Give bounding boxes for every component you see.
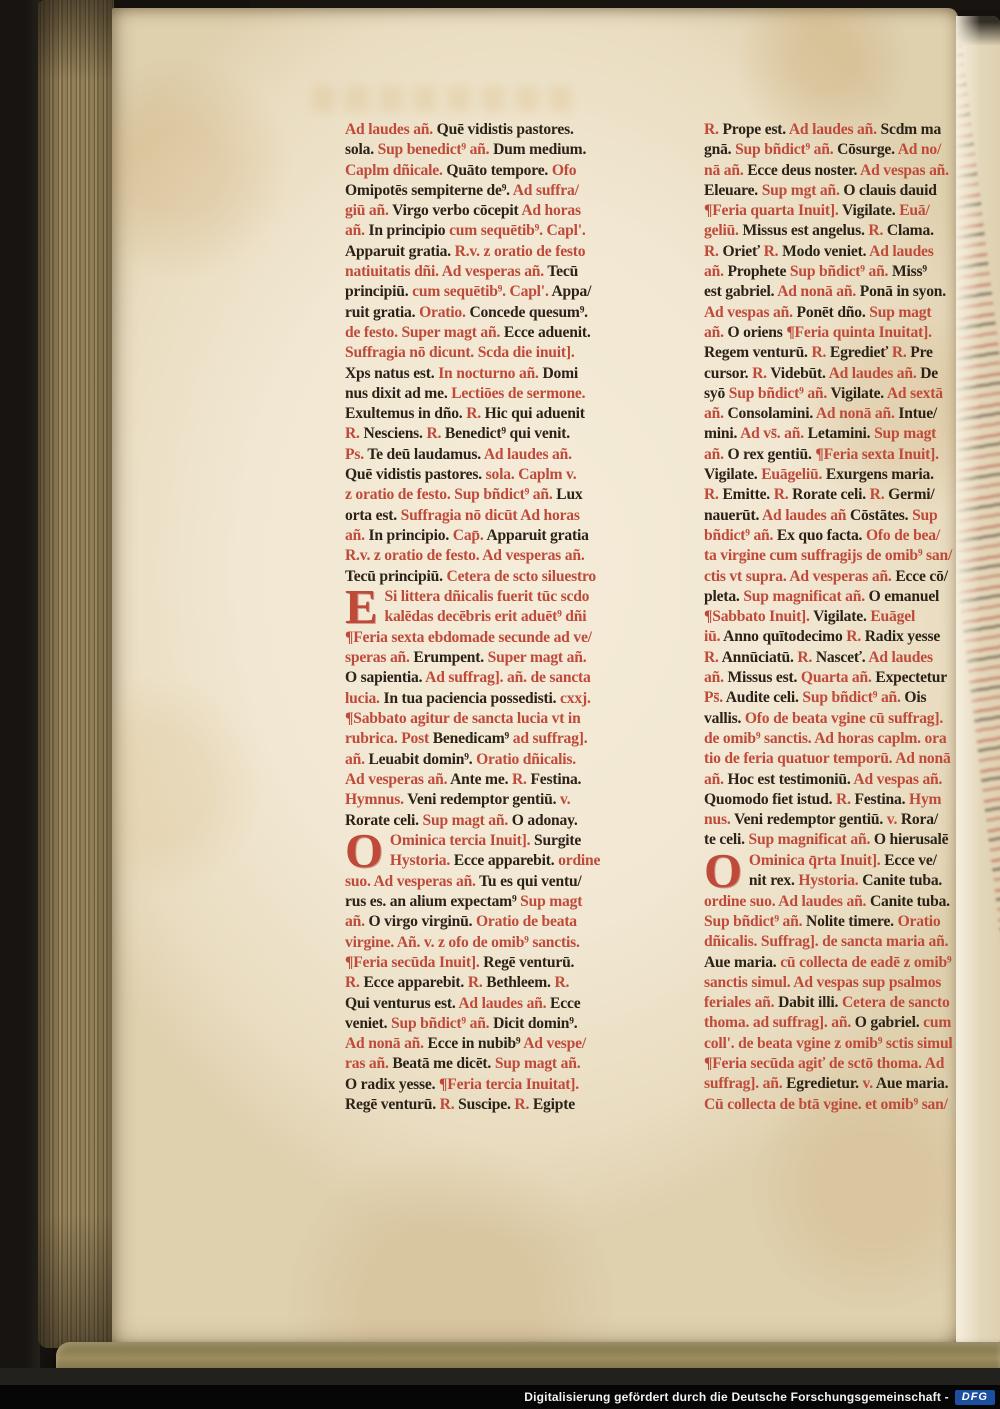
text-line: R.v. z oratio de festo. Ad vesperas añ. (345, 546, 681, 566)
rubric-text: Sup bñdict⁹ añ. (704, 913, 806, 930)
rubric-text: añ. (345, 913, 368, 930)
rubric-text: Sup bñdict⁹ añ. (802, 689, 904, 706)
rubric-text: natiuitatis dñi. Ad vesperas añ. (345, 263, 547, 280)
body-text: Ecce aduenit. (504, 324, 591, 341)
text-line: kalēdas decēbris erit aduēt⁹ dñi (345, 607, 681, 627)
body-text: Audite celi. (726, 689, 803, 706)
rubric-text: Ad vespas añ. (853, 771, 942, 788)
text-line: orta est. Suffragia nō dicūt Ad horas (345, 506, 681, 526)
text-line: principiū. cum sequētib⁹. Capl'. Appa/ (345, 282, 681, 302)
body-text: Canite tuba. (862, 872, 942, 889)
body-text: Rorate celi. (792, 486, 870, 503)
text-line: Ps. Te deū laudamus. Ad laudes añ. (345, 445, 681, 465)
rubric-text: speras añ. (345, 649, 413, 666)
rubric-text: Ad vesperas añ. (345, 771, 450, 788)
text-column-left: Ad laudes añ. Quē vidistis pastores.sola… (345, 120, 681, 1115)
rubric-text: Cetera de sancto (842, 994, 950, 1011)
body-text: Cōstātes. (850, 507, 912, 524)
text-line: ¶Feria secūda Inuit]. Regē venturū. (345, 953, 681, 973)
rubric-text: Suffragia nō dicunt. Scda die inuit]. (345, 344, 575, 361)
rubric-text: R. (466, 405, 484, 422)
rubric-text: añ. (704, 771, 727, 788)
body-text: Hoc est testimoniū. (727, 771, 853, 788)
text-line: giū añ. Virgo verbo cōcepit Ad horas (345, 201, 681, 221)
text-line: Ad vesperas añ. Ante me. R. Festina. (345, 770, 681, 790)
body-text: Vigilate. (813, 608, 870, 625)
rubric-text: R. (512, 771, 530, 788)
body-text: Nasceť. (816, 649, 868, 666)
body-text: cursor. (704, 365, 752, 382)
book-scan: Ad laudes añ. Quē vidistis pastores.sola… (0, 0, 1000, 1409)
body-text: Veni redemptor gentiū. (407, 791, 560, 808)
body-text: O clauis dauid (843, 182, 936, 199)
body-text: Exurgens maria. (826, 466, 934, 483)
text-line: añ. O virgo virginū. Oratio de beata (345, 912, 681, 932)
text-line: ruit gratia. Oratio. Concede quesum⁹. (345, 303, 681, 323)
body-text: O emanuel (869, 588, 940, 605)
body-text: Ex quo facta. (777, 527, 866, 544)
rubric-text: Ad vespas añ. (860, 162, 949, 179)
rubric-text: Oratio de beata (476, 913, 577, 930)
rubric-text: Ad nonā añ. (777, 283, 860, 300)
body-text: Ante me. (450, 771, 512, 788)
rubric-text: Ad laudes añ. (345, 121, 437, 138)
body-text: O adonay. (512, 812, 578, 829)
body-text: pleta. (704, 588, 743, 605)
body-text: Ponēt dño. (797, 304, 870, 321)
text-line: Ominica tercia Inuit]. Surgite (345, 831, 681, 851)
rubric-text: añ. (704, 446, 727, 463)
text-line: R. Nesciens. R. Benedict⁹ qui venit. (345, 424, 681, 444)
rubric-text: v. (560, 791, 570, 808)
body-text: Canite tuba. (870, 893, 950, 910)
rubric-text: Cap̄. (453, 527, 487, 544)
body-text: Quē vidistis pastores. (437, 121, 574, 138)
body-text: Pre (910, 344, 933, 361)
rubric-text: Ad vespas añ. (704, 304, 797, 321)
text-line: Ad nonā añ. Ecce in nubib⁹ Ad vespe/ (345, 1034, 681, 1054)
text-block: ¶Feria sexta ebdomade secunde ad ve/sper… (345, 628, 681, 831)
text-block: Ad laudes añ. Quē vidistis pastores.sola… (345, 120, 681, 587)
body-text: O radix yesse. (345, 1076, 439, 1093)
digitization-credit-text: Digitalisierung gefördert durch die Deut… (524, 1390, 949, 1404)
rubric-text: v. (887, 811, 901, 828)
rubric-text: ctis vt supra. Ad vesperas añ. (704, 568, 895, 585)
text-line: Xps natus est. In nocturno añ. Domi (345, 364, 681, 384)
rubric-text: R. (811, 344, 829, 361)
rubric-text: Sup bñdict⁹ añ. (391, 1015, 493, 1032)
text-line: Suffragia nō dicunt. Scda die inuit]. (345, 343, 681, 363)
rubric-text: ta virgine cum suffragijs de omib⁹ san/ (704, 547, 952, 564)
rubric-text: ¶Feria sexta Inuit]. (815, 446, 939, 463)
rubric-text: ¶Feria secūda Inuit]. (345, 954, 483, 971)
rubric-text: cum sequētib⁹. Capl'. (412, 283, 551, 300)
text-block: ESi littera dñicalis fuerit tūc scdokalē… (345, 587, 681, 628)
text-line: natiuitatis dñi. Ad vesperas añ. Tecū (345, 262, 681, 282)
body-text: Egipte (533, 1096, 575, 1113)
rubric-text: giū añ. (345, 202, 392, 219)
rubric-text: Lectiōes de sermone. (451, 385, 585, 402)
body-text: Modo veniet. (782, 243, 869, 260)
manuscript-page: Ad laudes añ. Quē vidistis pastores.sola… (112, 8, 958, 1348)
rubric-text: Ad laudes añ. (829, 365, 921, 382)
rubric-text: Ad vs̄. añ. (740, 425, 808, 442)
rubric-text: cum sequētib⁹. Capl'. (449, 222, 586, 239)
body-text: nit rex. (749, 872, 798, 889)
rubric-text: Ofo de beata vgine cū suffrag]. (745, 710, 943, 727)
body-text: nauerūt. (704, 507, 762, 524)
body-text: veniet. (345, 1015, 391, 1032)
rubric-text: Sup magt (874, 425, 936, 442)
body-text: Missus est angelus. (742, 222, 868, 239)
rubric-text: R. (514, 1096, 532, 1113)
body-text: Regem venturū. (704, 344, 811, 361)
rubric-text: sola. Caplm v. (486, 466, 577, 483)
text-line: añ. Leuabit domin⁹. Oratio dñicalis. (345, 750, 681, 770)
body-text: nus dixit ad me. (345, 385, 451, 402)
rubric-text: R. (554, 974, 569, 991)
body-text: Ponā in syon. (860, 283, 946, 300)
body-text: Aue maria. (704, 954, 780, 971)
body-text: Eleuare. (704, 182, 762, 199)
rubric-text: nā añ. (704, 162, 747, 179)
text-line: virgine. Añ. v. z ofo de omib⁹ sanctis. (345, 933, 681, 953)
rubric-text: de festo. Super magt añ. (345, 324, 504, 341)
text-line: nus dixit ad me. Lectiōes de sermone. (345, 384, 681, 404)
rubric-text: cū collecta de eadē z omib⁹ (780, 954, 951, 971)
rubric-text: Ad suffra/ (513, 182, 579, 199)
rubric-text: Ps̄. (704, 689, 726, 706)
rubric-text: R. (345, 425, 363, 442)
rubric-text: de omib⁹ sanctis. Ad horas caplm. ora (704, 730, 946, 747)
body-text: Apparuit gratia. (345, 243, 455, 260)
rubric-text: ordine suo. Ad laudes añ. (704, 893, 870, 910)
rubric-text: añ. (345, 751, 368, 768)
rubric-text: R. (704, 243, 722, 260)
rubric-text: R.v. z oratio de festo. Ad vesperas añ. (345, 547, 585, 564)
rubric-text: Ad horas (521, 202, 581, 219)
rubric-text: R. (345, 974, 363, 991)
rubric-text: R. (797, 649, 815, 666)
text-line: R. Ecce apparebit. R. Bethleem. R. (345, 973, 681, 993)
body-text: Nesciens. (363, 425, 426, 442)
rubric-text: Sup magt añ. (423, 812, 512, 829)
rubric-text: Ad laudes (868, 649, 933, 666)
rubric-text: R. (426, 425, 444, 442)
body-text: Cōsurge. (837, 141, 898, 158)
rubric-text: ¶Feria secūda agiť de sctō thoma. Ad (704, 1055, 944, 1072)
text-line: Rorate celi. Sup magt añ. O adonay. (345, 811, 681, 831)
body-text: est gabriel. (704, 283, 777, 300)
body-text: Ecce apparebit. (363, 974, 467, 991)
body-text: Exultemus in dño. (345, 405, 466, 422)
body-text: sola. (345, 141, 378, 158)
rubric-text: Hystoria. (798, 872, 862, 889)
body-text: Missus est. (727, 669, 800, 686)
rubric-text: R. (704, 486, 722, 503)
text-line: suo. Ad vesperas añ. Tu es qui ventu/ (345, 872, 681, 892)
rubric-text: Ofo (552, 162, 577, 179)
body-text: Letamini. (808, 425, 874, 442)
body-text: Hic qui aduenit (485, 405, 585, 422)
body-text: Egredieť (830, 344, 892, 361)
rubric-text: ad suffrag]. (513, 730, 588, 747)
rubric-text: ¶Sabbato agitur de sancta lucia vt in (345, 710, 581, 727)
rubric-text: añ. (704, 405, 727, 422)
body-text: O oriens (727, 324, 786, 341)
body-text: Festina. (855, 791, 910, 808)
text-line: Quē vidistis pastores. sola. Caplm v. (345, 465, 681, 485)
text-line: Omipotēs sempiterne de⁹. Ad suffra/ (345, 181, 681, 201)
body-text: De (920, 365, 938, 382)
rubric-text: Ad no/ (898, 141, 941, 158)
rubric-text: Ominica tercia Inuit]. (390, 832, 534, 849)
digitization-caption-bar: Digitalisierung gefördert durch die Deut… (0, 1385, 1000, 1409)
rubric-text: Sup magnificat añ. (743, 588, 868, 605)
body-text: Rorate celi. (345, 812, 423, 829)
rubric-text: bñdict⁹ añ. (704, 527, 777, 544)
body-text: Veni redemptor gentiū. (734, 811, 887, 828)
body-text: Consolamini. (727, 405, 815, 422)
body-text: Orieť (722, 243, 763, 260)
body-text: syō (704, 385, 729, 402)
text-line: Caplm dñicale. Quāto tempore. Ofo (345, 161, 681, 181)
rubric-text: ¶Feria quinta Inuitat]. (786, 324, 931, 341)
rubric-text: coll'. de beata vgine z omib⁹ sctis simu… (704, 1035, 953, 1052)
rubric-text: añ. (704, 263, 727, 280)
rubric-text: Hym (909, 791, 941, 808)
rubric-text: v. (863, 1075, 876, 1092)
rubric-text: Oratio. (419, 304, 469, 321)
body-text: Anno quītodecimo (723, 628, 846, 645)
rubric-text: ¶Feria quarta Inuit]. (704, 202, 842, 219)
body-text: Qui venturus est. (345, 995, 458, 1012)
rubric-text: nus. (704, 811, 734, 828)
body-text: Ecce in nubib⁹ (428, 1035, 524, 1052)
rubric-text: Hystoria. (390, 852, 454, 869)
body-text: Radix yesse (865, 628, 940, 645)
drop-cap-initial: O (704, 852, 742, 892)
text-line: Hymnus. Veni redemptor gentiū. v. (345, 790, 681, 810)
rubric-text: dñicalis. Suffrag]. de sancta maria añ. (704, 933, 948, 950)
body-text: Te deū laudamus. (367, 446, 484, 463)
text-line: Si littera dñicalis fuerit tūc scdo (345, 587, 681, 607)
rubric-text: Oratio (898, 913, 941, 930)
rubric-text: R. (868, 222, 886, 239)
rubric-text: Ad vespe/ (523, 1035, 586, 1052)
rubric-text: Ad laudes (869, 243, 934, 260)
body-text: Dum medium. (493, 141, 586, 158)
body-text: orta est. (345, 507, 401, 524)
rubric-text: añ. (345, 527, 368, 544)
body-text: O sapientia. (345, 669, 425, 686)
rubric-text: R. (836, 791, 854, 808)
body-text: Intue/ (898, 405, 937, 422)
rubric-text: Super magt añ. (488, 649, 587, 666)
drop-cap-initial: E (345, 588, 377, 628)
body-text: Quomodo fiet istud. (704, 791, 836, 808)
body-text: te celi. (704, 831, 749, 848)
body-text: Dabit illi. (778, 994, 842, 1011)
body-text: Benedicam⁹ (433, 730, 513, 747)
rubric-text: suffrag]. añ. (704, 1075, 786, 1092)
body-text: Expectetur (875, 669, 947, 686)
rubric-text: In nocturno añ. (438, 365, 542, 382)
rubric-text: añ. (345, 222, 368, 239)
body-text: Ois (904, 689, 926, 706)
body-text: In principio (368, 222, 449, 239)
text-line: ras añ. Beatā me dicēt. Sup magt añ. (345, 1054, 681, 1074)
rubric-text: ordine (558, 852, 600, 869)
rubric-text: kalēdas decēbris erit aduēt⁹ dñi (384, 608, 586, 625)
text-line: rubrica. Post Benedicam⁹ ad suffrag]. (345, 729, 681, 749)
body-text: Bethleem. (486, 974, 554, 991)
rubric-text: Si littera dñicalis fuerit tūc scdo (384, 588, 589, 605)
rubric-text: Quarta añ. (801, 669, 875, 686)
body-text: Rora/ (901, 811, 938, 828)
body-text: mini. (704, 425, 740, 442)
rubric-text: Sup bñdict⁹ añ. (729, 385, 831, 402)
text-line: ¶Sabbato agitur de sancta lucia vt in (345, 709, 681, 729)
body-text: Egredietur. (786, 1075, 862, 1092)
body-text: Dicit domin⁹. (493, 1015, 577, 1032)
rubric-text: virgine. Añ. v. z ofo de omib⁹ sanctis. (345, 934, 580, 951)
body-text: Vigilate. (704, 466, 761, 483)
text-block: OOminica tercia Inuit]. SurgiteHystoria.… (345, 831, 681, 872)
body-text: Annūciatū. (722, 649, 798, 666)
rubric-text: R. (774, 486, 792, 503)
body-text: In principio. (368, 527, 452, 544)
text-line: sola. Sup benedict⁹ añ. Dum medium. (345, 140, 681, 160)
body-text: vallis. (704, 710, 745, 727)
body-text: O rex gentiū. (727, 446, 815, 463)
text-line: Qui venturus est. Ad laudes añ. Ecce (345, 994, 681, 1014)
text-line: O sapientia. Ad suffrag]. añ. de sancta (345, 668, 681, 688)
rubric-text: añ. (704, 324, 727, 341)
body-text: Tu es qui ventu/ (479, 873, 581, 890)
body-text: Ecce cō/ (895, 568, 948, 585)
rubric-text: iū. (704, 628, 723, 645)
text-line: O radix yesse. ¶Feria tercia Inuitat]. (345, 1075, 681, 1095)
body-text: Lux (556, 486, 582, 503)
rubric-text: Caplm dñicale. (345, 162, 446, 179)
rubric-text: R.v. z oratio de festo (455, 243, 586, 260)
body-text: gnā. (704, 141, 735, 158)
text-line: Tecū principiū. Cetera de scto siluestro (345, 567, 681, 587)
rubric-text: Sup magt añ. (495, 1055, 581, 1072)
body-text: Festina. (530, 771, 581, 788)
text-line: lucia. In tua paciencia possedisti. cxxj… (345, 689, 681, 709)
rubric-text: R. (892, 344, 910, 361)
rubric-text: geliū. (704, 222, 742, 239)
body-text: Virgo verbo cōcepit (392, 202, 521, 219)
rubric-text: ¶Sabbato Inuit]. (704, 608, 813, 625)
body-text: O hierusalē (874, 831, 948, 848)
rubric-text: Euā/ (899, 202, 929, 219)
rubric-text: Oratio dñicalis. (476, 751, 576, 768)
rubric-text: Sup magt (869, 304, 931, 321)
body-text: Ecce (550, 995, 580, 1012)
rubric-text: ras añ. (345, 1055, 392, 1072)
body-text: Regē venturū. (483, 954, 574, 971)
body-text: Benedict⁹ qui venit. (445, 425, 570, 442)
body-text: Regē venturū. (345, 1096, 440, 1113)
rubric-text: Ps. (345, 446, 367, 463)
body-text: Aue maria. (876, 1075, 949, 1092)
rubric-text: Sup bñdict⁹ añ. (790, 263, 892, 280)
text-line: Ad laudes añ. Quē vidistis pastores. (345, 120, 681, 140)
rubric-text: R. (704, 121, 722, 138)
text-line: veniet. Sup bñdict⁹ añ. Dicit domin⁹. (345, 1014, 681, 1034)
left-leaf-stack-edge (38, 0, 114, 1348)
body-text: Leuabit domin⁹. (368, 751, 476, 768)
body-text: Miss⁹ (892, 263, 927, 280)
text-line: speras añ. Erumpent. Super magt añ. (345, 648, 681, 668)
rubric-text: R. (468, 974, 486, 991)
text-line: Hystoria. Ecce apparebit. ordine (345, 851, 681, 871)
drop-cap-initial: O (345, 832, 383, 872)
rubric-text: R. (846, 628, 864, 645)
body-text: Emitte. (722, 486, 773, 503)
rubric-text: thoma. ad suffrag]. añ. (704, 1014, 855, 1031)
rubric-text: Sup benedict⁹ añ. (378, 141, 493, 158)
body-text: In tua paciencia possedisti. (383, 690, 560, 707)
rubric-text: Euāgeliū. (761, 466, 826, 483)
text-line: rus es. an alium expectam⁹ Sup magt (345, 892, 681, 912)
body-text: Quē vidistis pastores. (345, 466, 486, 483)
rubric-text: Sup magnificat añ. (749, 831, 874, 848)
rubric-text: R. (752, 365, 770, 382)
rubric-text: Sup mgt añ. (762, 182, 844, 199)
text-line: de festo. Super magt añ. Ecce aduenit. (345, 323, 681, 343)
rubric-text: lucia. (345, 690, 383, 707)
rubric-text: Euāgel (870, 608, 915, 625)
rubric-text: ¶Feria tercia Inuitat]. (439, 1076, 579, 1093)
rubric-text: z oratio de festo. Sup bñdict⁹ añ. (345, 486, 556, 503)
rubric-text: Sup bñdict⁹ añ. (735, 141, 837, 158)
rubric-text: Ad laudes añ. (484, 446, 572, 463)
rubric-text: Cetera de scto siluestro (447, 568, 597, 585)
rubric-text: ¶Feria sexta ebdomade secunde ad ve/ (345, 629, 592, 646)
body-text: Beatā me dicēt. (392, 1055, 494, 1072)
body-text: Tecū (547, 263, 578, 280)
text-line: Apparuit gratia. R.v. z oratio de festo (345, 242, 681, 262)
body-text: Surgite (534, 832, 581, 849)
text-block: suo. Ad vesperas añ. Tu es qui ventu/rus… (345, 872, 681, 1116)
rubric-text: Sup magt (520, 893, 582, 910)
body-text: Concede quesum⁹. (469, 304, 587, 321)
rubric-text: R. (764, 243, 782, 260)
fore-edge-next-leaves (956, 16, 1000, 1348)
body-text: Nolite timere. (806, 913, 898, 930)
rubric-text: R. (704, 649, 722, 666)
rubric-text: Suffragia nō dicūt Ad horas (401, 507, 580, 524)
rubric-text: Ominica q̄rta Inuit]. (749, 852, 884, 869)
body-text: Ecce ve/ (884, 852, 937, 869)
next-page-text-fragment (956, 16, 1000, 1348)
rubric-text: Cū collecta de btā vgine. et omib⁹ san/ (704, 1096, 948, 1113)
rubric-text: Ad laudes añ. (458, 995, 550, 1012)
rubric-text: Ad laudes añ. (789, 121, 881, 138)
body-text: Clama. (887, 222, 934, 239)
body-text: O gabriel. (855, 1014, 923, 1031)
rubric-text: Ad laudes añ (762, 507, 850, 524)
body-text: Domi (542, 365, 578, 382)
rubric-text: Sup (912, 507, 937, 524)
rubric-text: R. (870, 486, 888, 503)
body-text: Appa/ (551, 283, 591, 300)
body-text: Prophete (727, 263, 789, 280)
